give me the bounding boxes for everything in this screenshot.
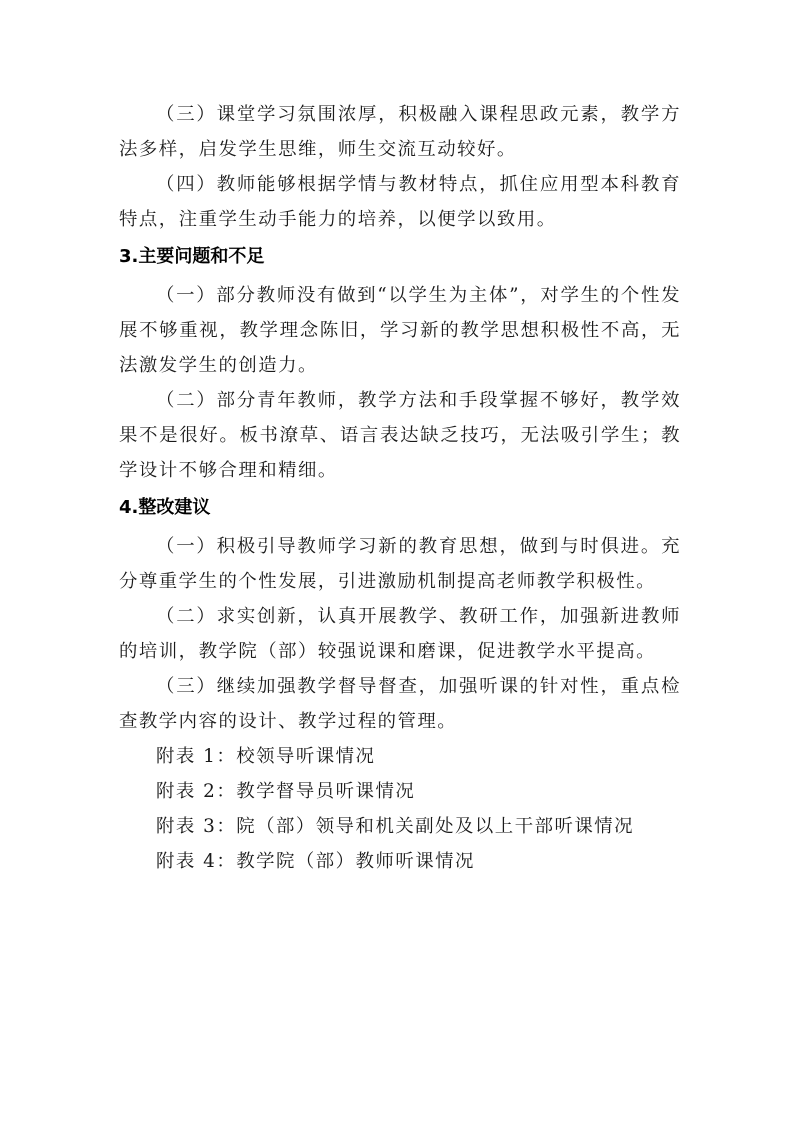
paragraph-3: （三）课堂学习氛围浓厚，积极融入课程思政元素，教学方法多样，启发学生思维，师生交… <box>119 97 681 167</box>
suggestion-paragraph-2: （二）求实创新，认真开展教学、教研工作，加强新进教师的培训，教学院（部）较强说课… <box>119 599 681 669</box>
problem-paragraph-2: （二）部分青年教师，教学方法和手段掌握不够好，教学效果不是很好。板书潦草、语言表… <box>119 383 681 488</box>
appendix-item-3: 附表 3：院（部）领导和机关副处及以上干部听课情况 <box>119 809 681 844</box>
suggestion-paragraph-1: （一）积极引导教师学习新的教育思想，做到与时俱进。充分尊重学生的个性发展，引进激… <box>119 529 681 599</box>
appendix-item-1: 附表 1：校领导听课情况 <box>119 739 681 774</box>
appendix-item-2: 附表 2：教学督导员听课情况 <box>119 774 681 809</box>
section-heading-suggestions: 4.整改建议 <box>119 490 681 525</box>
problem-paragraph-1: （一）部分教师没有做到“以学生为主体”，对学生的个性发展不够重视，教学理念陈旧，… <box>119 278 681 383</box>
section-heading-problems: 3.主要问题和不足 <box>119 239 681 274</box>
paragraph-4: （四）教师能够根据学情与教材特点，抓住应用型本科教育特点，注重学生动手能力的培养… <box>119 167 681 237</box>
appendix-item-4: 附表 4：教学院（部）教师听课情况 <box>119 844 681 879</box>
suggestion-paragraph-3: （三）继续加强教学督导督查，加强听课的针对性，重点检查教学内容的设计、教学过程的… <box>119 669 681 739</box>
document-page: （三）课堂学习氛围浓厚，积极融入课程思政元素，教学方法多样，启发学生思维，师生交… <box>119 97 681 879</box>
